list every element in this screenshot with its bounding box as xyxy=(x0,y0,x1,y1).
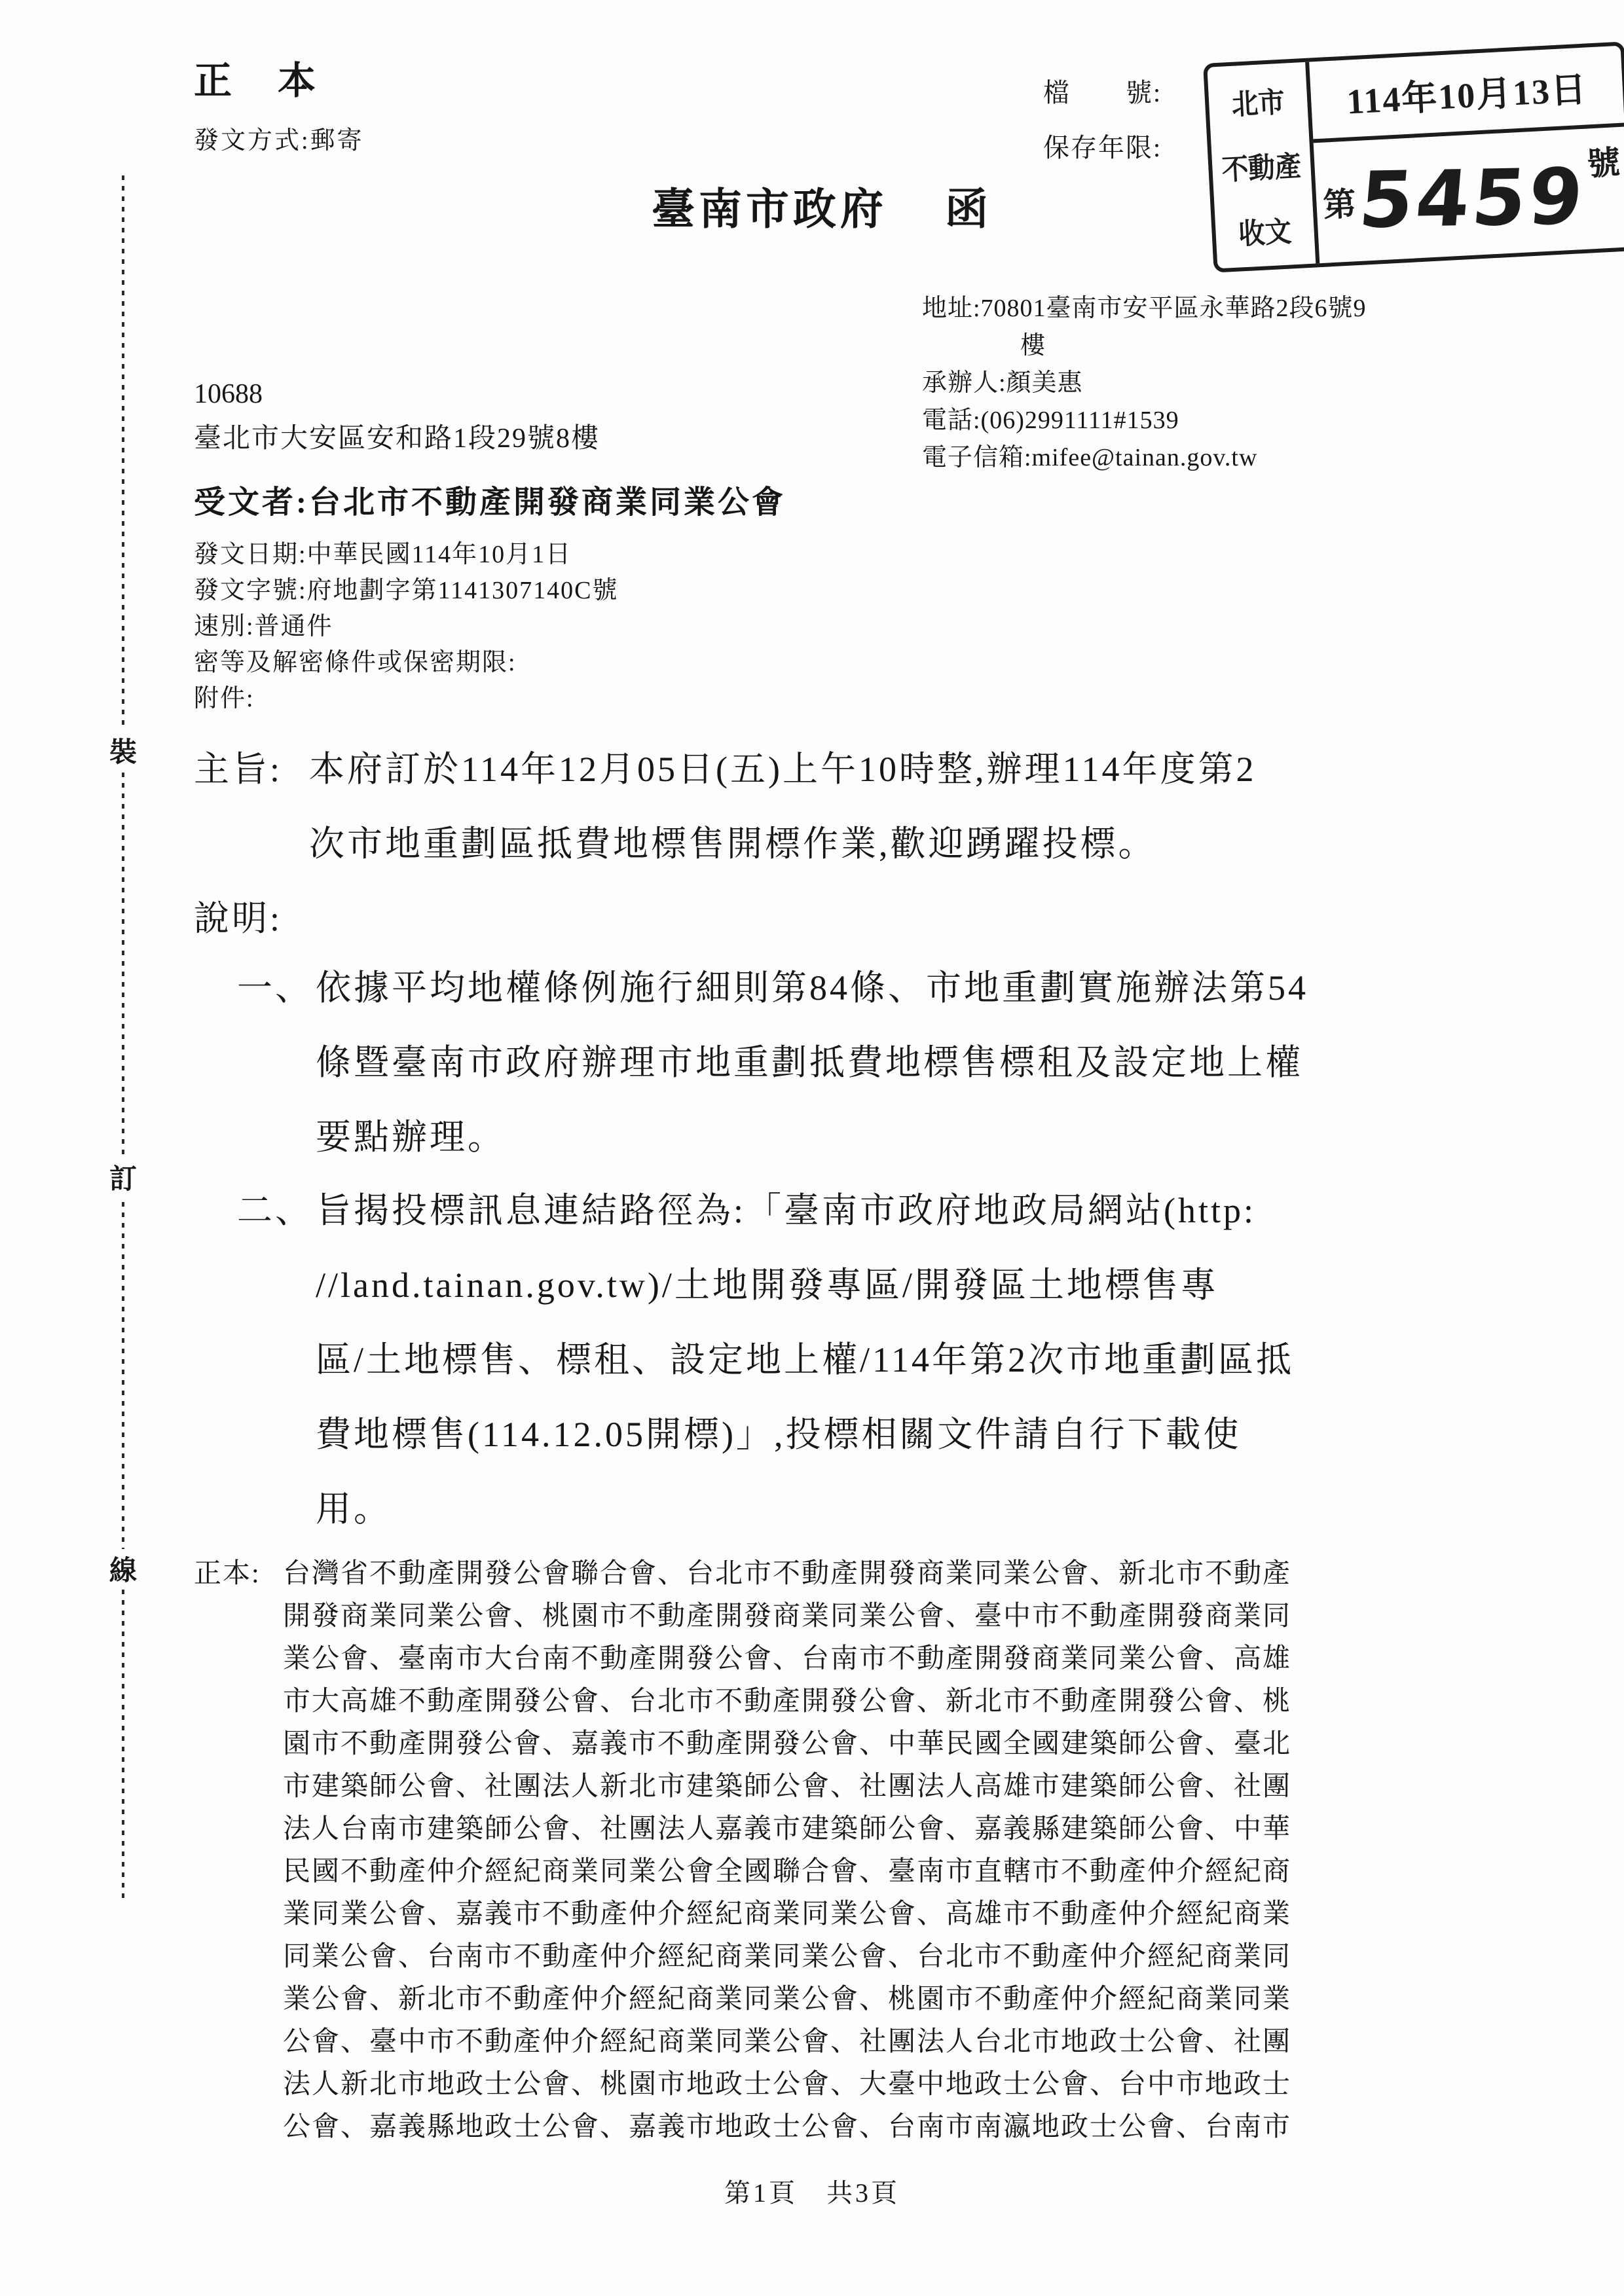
stamp-number-row: 第 5459 號 xyxy=(1314,127,1624,264)
document-meta-block: 發文日期:中華民國114年10月1日發文字號:府地劃字第1141307140C號… xyxy=(194,537,619,717)
stamp-org-label: 不動產 xyxy=(1221,142,1302,188)
receipt-stamp-org-column: 北市 不動產 收文 xyxy=(1207,62,1319,269)
sender-contact-line: 地址:70801臺南市安平區永華路2段6號9 xyxy=(922,290,1367,327)
subject-lines: 本府訂於114年12月05日(五)上午10時整,辦理114年度第2次市地重劃區抵… xyxy=(194,732,1256,881)
copies-line: 公會、嘉義縣地政士公會、嘉義市地政士公會、台南市南瀛地政士公會、台南市 xyxy=(283,2106,1291,2149)
copies-line: 民國不動產仲介經紀商業同業公會全國聯合會、臺南市直轄市不動產仲介經紀商 xyxy=(283,1851,1291,1893)
document-meta-line: 發文日期:中華民國114年10月1日 xyxy=(194,537,619,573)
document-type: 函 xyxy=(945,174,992,236)
copies-line: 業公會、臺南市大台南不動產開發公會、台南市不動產開發商業同業公會、高雄 xyxy=(283,1638,1291,1681)
copies-line: 市建築師公會、社團法人新北市建築師公會、社團法人高雄市建築師公會、社團 xyxy=(283,1766,1291,1808)
binding-mark-mount: 裝 xyxy=(103,731,143,770)
stamp-city-label: 北市 xyxy=(1230,79,1285,123)
stamp-receive-label: 收文 xyxy=(1237,208,1292,252)
subject-paragraph: 主旨: 本府訂於114年12月05日(五)上午10時整,辦理114年度第2次市地… xyxy=(194,732,1256,881)
sender-contact-line: 電話:(06)2991111#1539 xyxy=(922,402,1367,439)
sender-contact-line: 電子信箱:mifee@tainan.gov.tw xyxy=(922,439,1367,477)
recipient-zip: 10688 xyxy=(194,378,263,410)
item-1-line: 依據平均地權條例施行細則第84條、市地重劃實施辦法第54 xyxy=(316,951,1308,1025)
copies-line: 法人新北市地政士公會、桃園市地政士公會、大臺中地政士公會、台中市地政士 xyxy=(283,2064,1291,2106)
item-1-marker: 一、 xyxy=(237,951,313,1025)
subject-line: 本府訂於114年12月05日(五)上午10時整,辦理114年度第2 xyxy=(309,732,1256,807)
copies-line: 業同業公會、嘉義市不動產仲介經紀商業同業公會、高雄市不動產仲介經紀商業 xyxy=(283,1893,1291,1936)
scanned-official-letter-page: 正 本 發文方式:郵寄 檔 號: 保存年限: 北市 不動產 收文 114年10月… xyxy=(0,0,1624,2296)
item-1-line: 條暨臺南市政府辦理市地重劃抵費地標售標租及設定地上權 xyxy=(316,1025,1308,1100)
binding-dotted-line xyxy=(122,175,124,1904)
item-1-lines: 依據平均地權條例施行細則第84條、市地重劃實施辦法第54條暨臺南市政府辦理市地重… xyxy=(237,951,1308,1175)
copies-line: 法人台南市建築師公會、社團法人嘉義市建築師公會、嘉義縣建築師公會、中華 xyxy=(283,1808,1291,1851)
copies-line: 公會、臺中市不動產仲介經紀商業同業公會、社團法人台北市地政士公會、社團 xyxy=(283,2021,1291,2064)
issuing-org-name: 臺南市政府 xyxy=(652,174,887,236)
explanation-label: 說明: xyxy=(194,898,282,939)
item-2-line: 用。 xyxy=(316,1472,1294,1546)
copies-line: 台灣省不動產開發公會聯合會、台北市不動產開發商業同業公會、新北市不動產 xyxy=(283,1553,1291,1595)
file-number-label: 檔 號: xyxy=(1043,72,1162,109)
document-meta-line: 速別:普通件 xyxy=(194,609,619,645)
sender-contact-line: 承辦人:顏美惠 xyxy=(922,365,1367,402)
receipt-stamp-body: 114年10月13日 第 5459 號 xyxy=(1309,46,1624,263)
sender-contact-block: 地址:70801臺南市安平區永華路2段6號9樓承辦人:顏美惠電話:(06)299… xyxy=(922,290,1367,477)
copies-line: 業公會、新北市不動產仲介經紀商業同業公會、桃園市不動產仲介經紀商業同業 xyxy=(283,1978,1291,2021)
copies-line: 市大高雄不動產開發公會、台北市不動產開發公會、新北市不動產開發公會、桃 xyxy=(283,1681,1291,1723)
item-2-line: 費地標售(114.12.05開標)」,投標相關文件請自行下載使 xyxy=(316,1397,1294,1472)
explanation-item-1: 一、 依據平均地權條例施行細則第84條、市地重劃實施辦法第54條暨臺南市政府辦理… xyxy=(237,951,1308,1175)
copies-line: 園市不動產開發公會、嘉義市不動產開發公會、中華民國全國建築師公會、臺北 xyxy=(283,1723,1291,1766)
item-2-line: 旨揭投標訊息連結路徑為:「臺南市政府地政局網站(http: xyxy=(316,1173,1294,1248)
sender-contact-line: 樓 xyxy=(922,327,1367,365)
stamp-handwritten-number: 5459 xyxy=(1352,158,1592,239)
copies-label: 正本: xyxy=(194,1553,261,1595)
item-2-marker: 二、 xyxy=(237,1173,313,1248)
subject-line: 次市地重劃區抵費地標售開標作業,歡迎踴躍投標。 xyxy=(309,807,1256,881)
explanation-item-2: 二、 旨揭投標訊息連結路徑為:「臺南市政府地政局網站(http://land.t… xyxy=(237,1173,1294,1546)
copy-type-label: 正 本 xyxy=(194,50,320,105)
item-1-line: 要點辦理。 xyxy=(316,1100,1308,1175)
copies-line: 同業公會、台南市不動產仲介經紀商業同業公會、台北市不動產仲介經紀商業同 xyxy=(283,1936,1291,1978)
binding-mark-bind: 訂 xyxy=(103,1157,143,1197)
item-2-line: 區/土地標售、標租、設定地上權/114年第2次市地重劃區抵 xyxy=(316,1322,1294,1397)
binding-mark-thread: 線 xyxy=(103,1549,143,1588)
item-2-line: //land.tainan.gov.tw)/土地開發專區/開發區土地標售專 xyxy=(316,1248,1294,1322)
stamp-received-date: 114年10月13日 xyxy=(1309,46,1624,143)
document-meta-line: 發文字號:府地劃字第1141307140C號 xyxy=(194,573,619,609)
document-meta-line: 附件: xyxy=(194,681,619,717)
document-title: 臺南市政府 函 xyxy=(652,174,992,236)
receipt-stamp: 北市 不動產 收文 114年10月13日 第 5459 號 xyxy=(1203,41,1624,272)
recipient-street-address: 臺北市大安區安和路1段29號8樓 xyxy=(194,416,600,456)
page-number-footer: 第1頁 共3頁 xyxy=(0,2172,1624,2210)
item-2-lines: 旨揭投標訊息連結路徑為:「臺南市政府地政局網站(http://land.tain… xyxy=(237,1173,1294,1546)
delivery-method-label: 發文方式:郵寄 xyxy=(194,120,364,156)
retention-period-label: 保存年限: xyxy=(1043,127,1162,164)
document-meta-line: 密等及解密條件或保密期限: xyxy=(194,645,619,681)
subject-label: 主旨: xyxy=(194,732,282,807)
copies-line: 開發商業同業公會、桃園市不動產開發商業同業公會、臺中市不動產開發商業同 xyxy=(283,1595,1291,1638)
copies-distribution-block: 正本: 台灣省不動產開發公會聯合會、台北市不動產開發商業同業公會、新北市不動產開… xyxy=(194,1553,1291,2149)
stamp-number-prefix: 第 xyxy=(1322,177,1357,227)
recipient-line: 受文者:台北市不動產開發商業同業公會 xyxy=(194,477,786,522)
title-spacer xyxy=(887,174,945,236)
copies-lines: 台灣省不動產開發公會聯合會、台北市不動產開發商業同業公會、新北市不動產開發商業同… xyxy=(194,1553,1291,2149)
